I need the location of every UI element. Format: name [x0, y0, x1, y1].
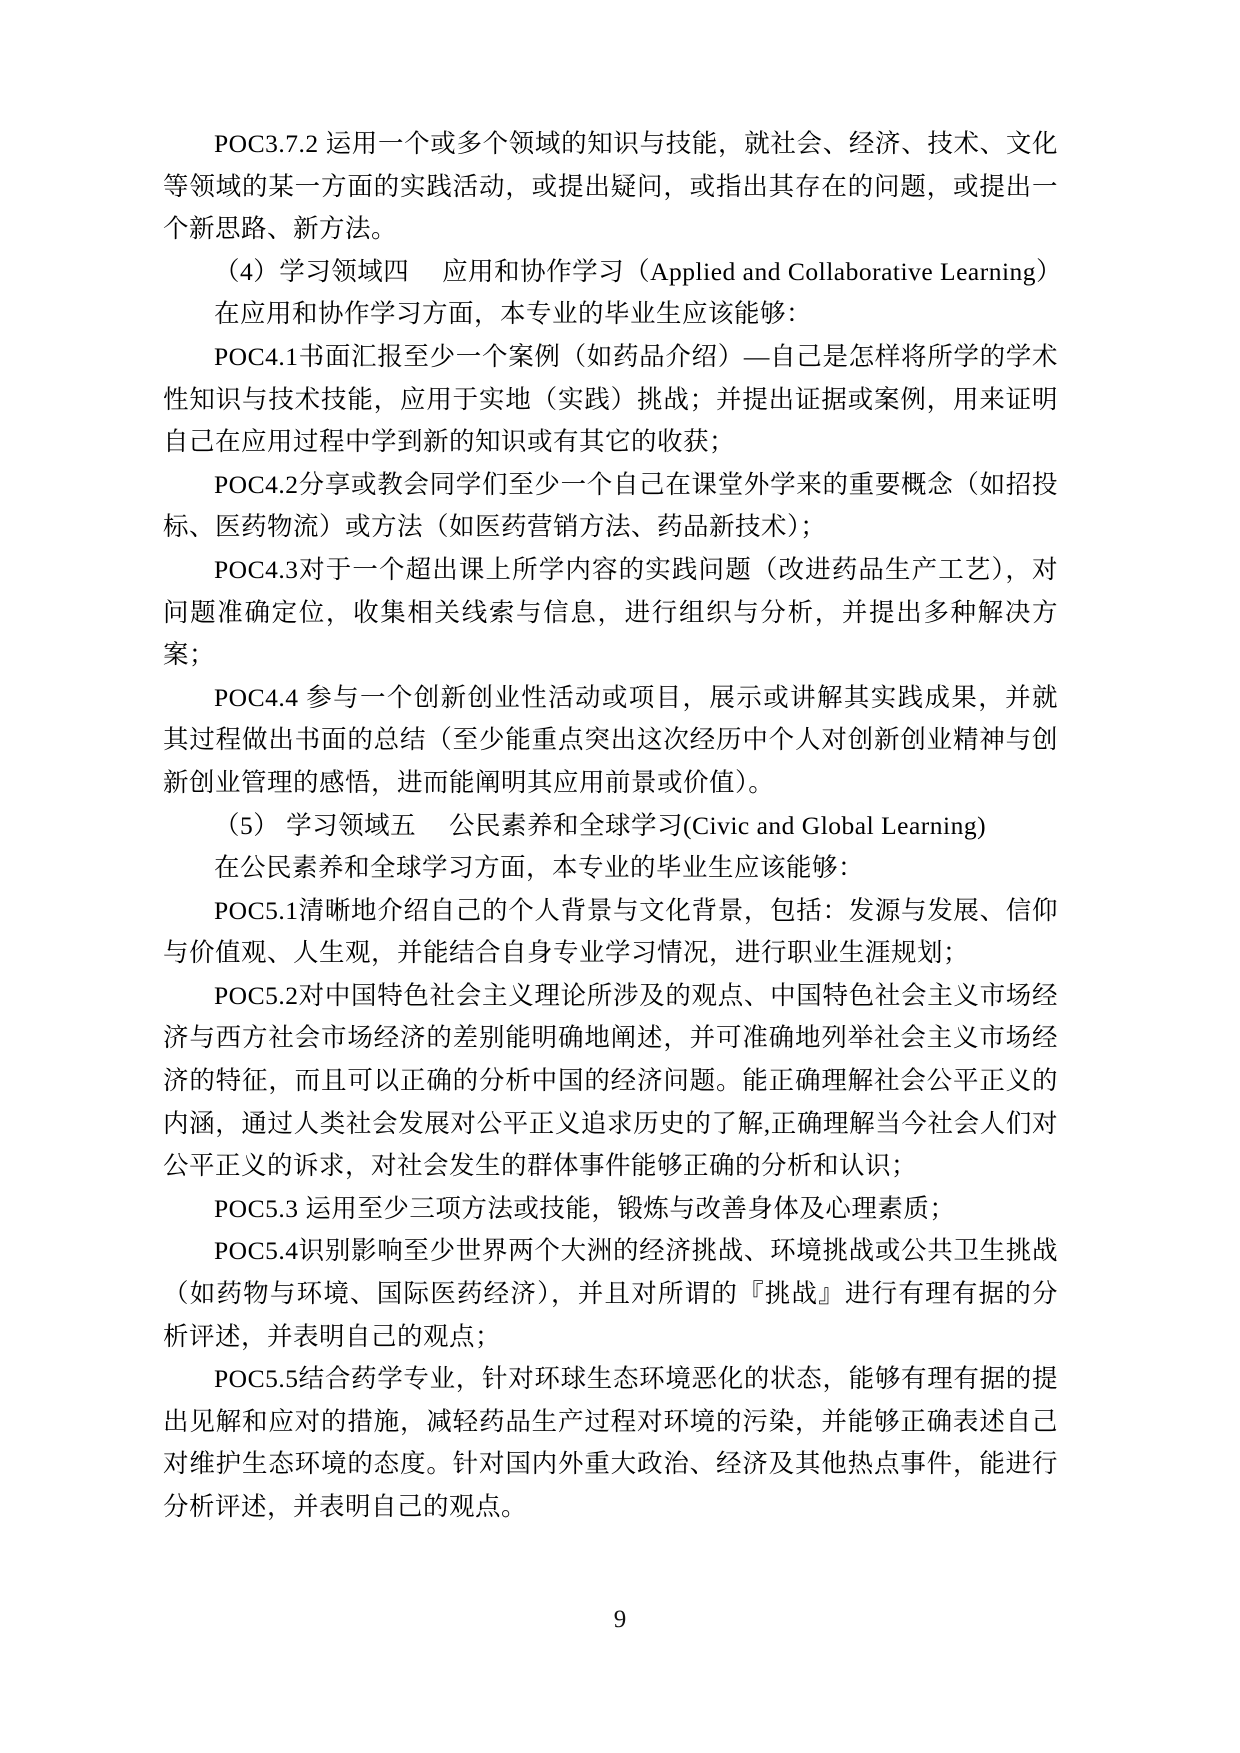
paragraph: POC4.3对于一个超出课上所学内容的实践问题（改进药品生产工艺），对问题准确定… [163, 549, 1058, 677]
paragraph: POC4.1书面汇报至少一个案例（如药品介绍）—自己是怎样将所学的学术性知识与技… [163, 336, 1058, 464]
paragraph: （4）学习领域四 应用和协作学习（Applied and Collaborati… [163, 251, 1058, 294]
paragraph: POC4.4 参与一个创新创业性活动或项目，展示或讲解其实践成果，并就其过程做出… [163, 677, 1058, 805]
paragraph: （5） 学习领域五 公民素养和全球学习(Civic and Global Lea… [163, 805, 1058, 848]
paragraph: POC5.2对中国特色社会主义理论所涉及的观点、中国特色社会主义市场经济与西方社… [163, 975, 1058, 1188]
paragraph: POC3.7.2 运用一个或多个领域的知识与技能，就社会、经济、技术、文化等领域… [163, 123, 1058, 251]
paragraph: POC4.2分享或教会同学们至少一个自己在课堂外学来的重要概念（如招投标、医药物… [163, 464, 1058, 549]
paragraph: 在公民素养和全球学习方面，本专业的毕业生应该能够： [163, 847, 1058, 890]
document-page: POC3.7.2 运用一个或多个领域的知识与技能，就社会、经济、技术、文化等领域… [0, 0, 1240, 1753]
paragraph: POC5.3 运用至少三项方法或技能，锻炼与改善身体及心理素质； [163, 1188, 1058, 1231]
paragraph: POC5.4识别影响至少世界两个大洲的经济挑战、环境挑战或公共卫生挑战（如药物与… [163, 1230, 1058, 1358]
paragraph: POC5.5结合药学专业，针对环球生态环境恶化的状态，能够有理有据的提出见解和应… [163, 1358, 1058, 1528]
page-number: 9 [0, 1602, 1240, 1638]
paragraph: POC5.1清晰地介绍自己的个人背景与文化背景，包括：发源与发展、信仰与价值观、… [163, 890, 1058, 975]
document-body: POC3.7.2 运用一个或多个领域的知识与技能，就社会、经济、技术、文化等领域… [163, 123, 1058, 1529]
paragraph: 在应用和协作学习方面，本专业的毕业生应该能够： [163, 293, 1058, 336]
